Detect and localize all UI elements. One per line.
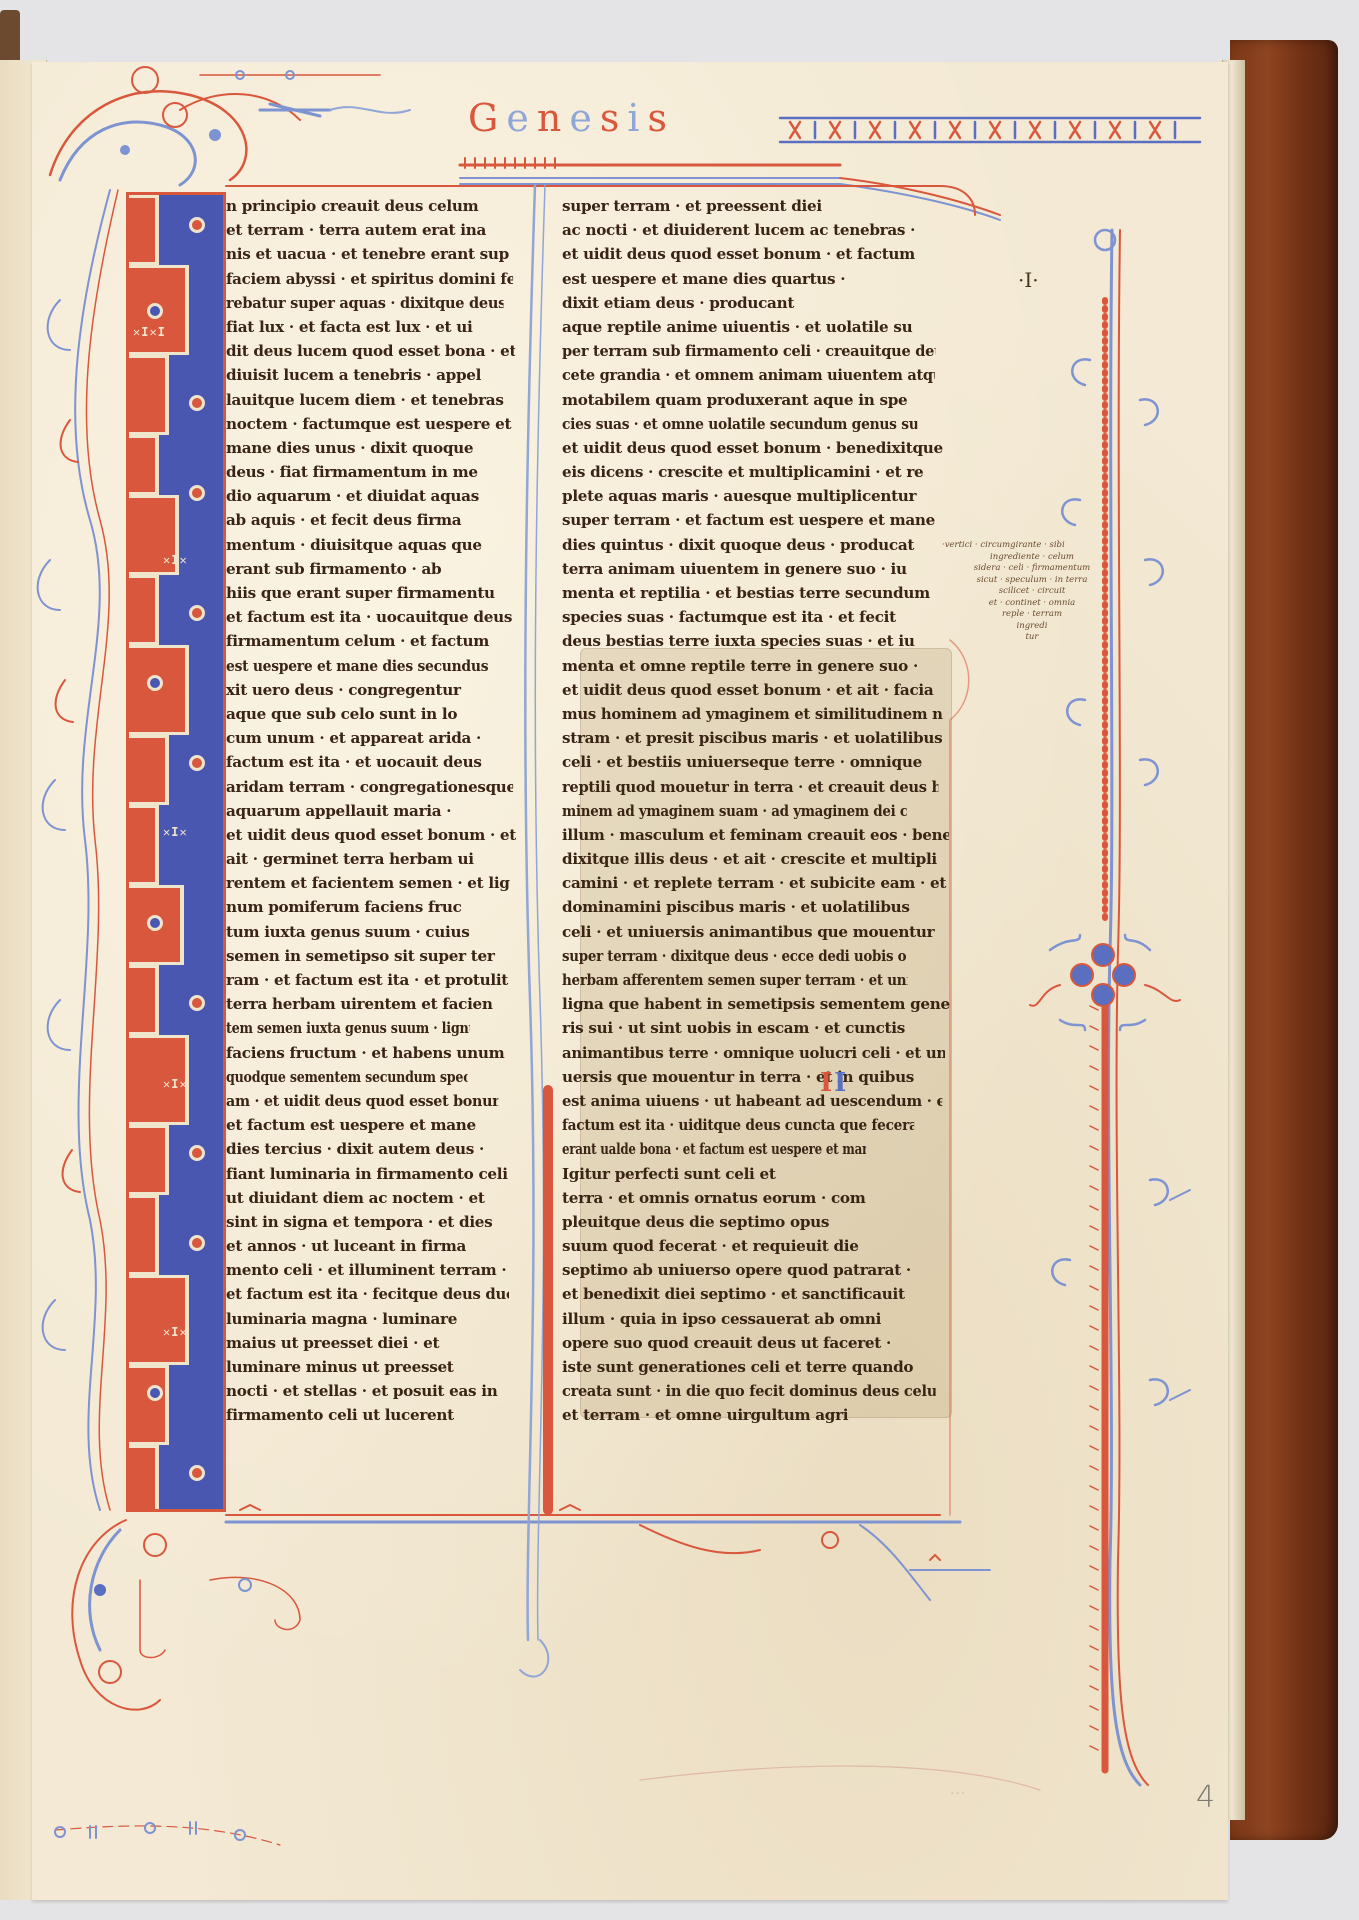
text-line: est uespere et mane dies secundus · di [226, 654, 491, 678]
initial-step [129, 435, 159, 495]
text-line: lauitque lucem diem · et tenebras [226, 388, 516, 412]
text-line: super terram · dixitque deus · ecce dedi… [562, 944, 906, 968]
text-line: dies quintus · dixit quoque deus · produ… [562, 533, 952, 557]
text-line: cies suas · et omne uolatile secundum ge… [562, 412, 917, 436]
text-line: ris sui · ut sint uobis in escam · et cu… [562, 1016, 952, 1040]
text-line: faciens fructum · et habens unum [226, 1041, 516, 1065]
text-line: tum iuxta genus suum · cuius [226, 920, 516, 944]
text-line: nocti · et stellas · et posuit eas in [226, 1379, 516, 1403]
cross-band-icon: ✕I✕ [163, 825, 188, 839]
text-line: menta et reptilia · et bestias terre sec… [562, 581, 952, 605]
text-line: uersis que mouentur in terra · et in qui… [562, 1065, 952, 1089]
text-line: xit uero deus · congregentur [226, 678, 516, 702]
text-column-right: super terram · et preessent dieiac nocti… [562, 194, 952, 1428]
gloss-line: reple · terram [952, 609, 1112, 621]
roundel-icon [189, 1465, 205, 1481]
text-line: et uidit deus quod esset bonum · et fact… [562, 242, 952, 266]
cross-band-icon: ✕I✕I [133, 325, 166, 339]
chapter-two-numeral-red: I [820, 1068, 834, 1098]
text-line: motabilem quam produxerant aque in spe [562, 388, 952, 412]
initial-step [129, 575, 159, 645]
text-line: n principio creauit deus celum [226, 194, 516, 218]
text-line: cete grandia · et omnem animam uiuentem … [562, 363, 935, 387]
text-line: septimo ab uniuerso opere quod patrarat … [562, 1258, 952, 1282]
text-line: et annos · ut luceant in firma [226, 1234, 516, 1258]
text-line: noctem · factumque est uespere et [226, 412, 516, 436]
text-line: rentem et facientem semen · et lig [226, 871, 516, 895]
initial-step [129, 965, 159, 1035]
folio-number: 4 [1196, 1780, 1215, 1815]
text-line: celi · et bestiis uniuerseque terre · om… [562, 750, 952, 774]
text-line: terra animam uiuentem in genere suo · iu [562, 557, 952, 581]
roundel-icon [189, 217, 205, 233]
chapter-two-rubric: II [820, 1068, 848, 1098]
gloss-line: ·vertici · circumgirante · sibi [942, 540, 1112, 552]
text-line: camini · et replete terram · et subicite… [562, 871, 952, 895]
text-line: et terram · terra autem erat ina [226, 218, 516, 242]
heading-letter: e [569, 96, 594, 140]
text-line: per terram sub firmamento celi · creauit… [562, 339, 936, 363]
text-line: deus bestias terre iuxta species suas · … [562, 629, 952, 653]
heading-letter: s [648, 96, 670, 140]
text-line: luminaria magna · luminare [226, 1307, 516, 1331]
text-line: ait · germinet terra herbam ui [226, 847, 516, 871]
gloss-line: et · continet · omnia [952, 598, 1112, 610]
text-line: et terram · et omne uirgultum agri [562, 1403, 952, 1427]
roundel-icon [189, 1145, 205, 1161]
initial-step [129, 1125, 169, 1195]
gloss-line: ingredi [952, 621, 1112, 633]
text-line: suum quod fecerat · et requieuit die [562, 1234, 952, 1258]
text-line: fiat lux · et facta est lux · et ui [226, 315, 516, 339]
text-line: nis et uacua · et tenebre erant sup [226, 242, 516, 266]
initial-step [129, 645, 189, 735]
text-line: iste sunt generationes celi et terre qua… [562, 1355, 952, 1379]
gloss-line: sicut · speculum · in terra [952, 575, 1112, 587]
pencil-annotation: ... [950, 1782, 966, 1798]
text-line: et factum est ita · uocauitque deus [226, 605, 516, 629]
text-line: eis dicens · crescite et multiplicamini … [562, 460, 952, 484]
text-line: minem ad ymaginem suam · ad ymaginem dei… [562, 799, 907, 823]
roundel-icon [147, 1385, 163, 1401]
text-line: Igitur perfecti sunt celi et [562, 1162, 952, 1186]
text-line: super terram · et preessent diei [562, 194, 952, 218]
roundel-icon [189, 995, 205, 1011]
heading-letter: n [537, 96, 563, 140]
text-line: est anima uiuens · ut habeant ad uescend… [562, 1089, 942, 1113]
heading-letter: i [627, 96, 641, 140]
initial-step [129, 355, 169, 435]
text-line: aque que sub celo sunt in lo [226, 702, 516, 726]
text-line: diuisit lucem a tenebris · appel [226, 363, 516, 387]
text-line: dit deus lucem quod esset bona · et [226, 339, 515, 363]
text-line: luminare minus ut preesset [226, 1355, 516, 1379]
text-line: erant ualde bona · et factum est uespere… [562, 1137, 866, 1161]
text-line: dixitque illis deus · et ait · crescite … [562, 847, 952, 871]
text-line: tem semen iuxta genus suum · lignumque [226, 1016, 470, 1040]
text-line: semen in semetipso sit super ter [226, 944, 516, 968]
text-line: super terram · et factum est uespere et … [562, 508, 952, 532]
text-line: et uidit deus quod esset bonum · benedix… [562, 436, 952, 460]
text-line: factum est ita · et uocauit deus [226, 750, 516, 774]
text-line: aridam terram · congregationesque [226, 775, 513, 799]
roundel-icon [189, 485, 205, 501]
roundel-icon [147, 915, 163, 931]
text-line: opere suo quod creauit deus ut faceret · [562, 1331, 952, 1355]
text-line: et uidit deus quod esset bonum · et [226, 823, 516, 847]
text-line: et benedixit diei septimo · et sanctific… [562, 1282, 952, 1306]
initial-step [129, 1365, 169, 1445]
text-line: maius ut preesset diei · et [226, 1331, 516, 1355]
text-line: dominamini piscibus maris · et uolatilib… [562, 895, 952, 919]
text-line: animantibus terre · omnique uolucri celi… [562, 1041, 945, 1065]
text-line: aquarum appellauit maria · [226, 799, 516, 823]
text-line: species suas · factumque est ita · et fe… [562, 605, 952, 629]
text-line: terra herbam uirentem et facien [226, 992, 516, 1016]
text-line: faciem abyssi · et spiritus domini fe [226, 267, 513, 291]
initial-step [129, 805, 159, 885]
leather-binding [1230, 40, 1338, 1840]
text-line: dio aquarum · et diuidat aquas [226, 484, 516, 508]
roundel-icon [189, 755, 205, 771]
text-line: quodque sementem secundum speciem su [226, 1065, 468, 1089]
photo-stage: ✕I✕I ✕I✕ ✕I✕ ✕I✕ ✕I✕ Genesis n principio… [0, 0, 1359, 1920]
text-line: ligna que habent in semetipsis sementem … [562, 992, 952, 1016]
text-line: ut diuidant diem ac noctem · et [226, 1186, 516, 1210]
text-line: firmamento celi ut lucerent [226, 1403, 516, 1427]
text-line: factum est ita · uiditque deus cuncta qu… [562, 1113, 914, 1137]
text-line: stram · et presit piscibus maris · et uo… [562, 726, 952, 750]
text-line: plete aquas maris · auesque multiplicent… [562, 484, 952, 508]
text-line: creata sunt · in die quo fecit dominus d… [562, 1379, 936, 1403]
text-line: mentum · diuisitque aquas que [226, 533, 516, 557]
text-line: pleuitque deus die septimo opus [562, 1210, 952, 1234]
illuminated-initial-I: ✕I✕I ✕I✕ ✕I✕ ✕I✕ ✕I✕ [126, 192, 226, 1512]
initial-step [129, 195, 159, 265]
text-line: num pomiferum faciens fruc [226, 895, 516, 919]
text-line: est uespere et mane dies quartus · [562, 267, 952, 291]
text-line: ac nocti · et diuiderent lucem ac tenebr… [562, 218, 952, 242]
text-line: aque reptile anime uiuentis · et uolatil… [562, 315, 952, 339]
text-line: erant sub firmamento · ab [226, 557, 516, 581]
text-line: reptili quod mouetur in terra · et creau… [562, 775, 938, 799]
roundel-icon [189, 605, 205, 621]
initial-step [129, 1445, 159, 1512]
text-line: rebatur super aquas · dixitque deus · [226, 291, 504, 315]
roundel-icon [147, 303, 163, 319]
text-line: et factum est uespere et mane [226, 1113, 516, 1137]
marginal-gloss: ·vertici · circumgirante · sibiingredien… [952, 540, 1112, 644]
roundel-icon [189, 395, 205, 411]
text-line: fiant luminaria in firmamento celi [226, 1162, 516, 1186]
text-line: dixit etiam deus · producant [562, 291, 952, 315]
gloss-line: tur [952, 632, 1112, 644]
initial-step [129, 1275, 189, 1365]
text-line: mento celi · et illuminent terram · [226, 1258, 516, 1282]
text-line: dies tercius · dixit autem deus · [226, 1137, 516, 1161]
text-line: herbam afferentem semen super terram · e… [562, 968, 908, 992]
text-line: am · et uidit deus quod esset bonum · [226, 1089, 498, 1113]
gloss-line: ingrediente · celum [952, 552, 1112, 564]
roundel-icon [189, 1235, 205, 1251]
cross-band-icon: ✕I✕ [163, 1325, 188, 1339]
text-line: menta et omne reptile terre in genere su… [562, 654, 952, 678]
text-line: illum · masculum et feminam creauit eos … [562, 823, 949, 847]
text-line: et factum est ita · fecitque deus duo [226, 1282, 509, 1306]
text-line: firmamentum celum · et factum [226, 629, 516, 653]
text-line: mane dies unus · dixit quoque [226, 436, 516, 460]
chapter-two-numeral-blue: I [834, 1068, 848, 1098]
roundel-icon [147, 675, 163, 691]
heading-letter: G [468, 96, 500, 140]
text-line: mus hominem ad ymaginem et similitudinem… [562, 702, 943, 726]
cross-band-icon: ✕I✕ [163, 553, 188, 567]
chapter-number-marginal: ·I· [1018, 268, 1039, 292]
text-line: sint in signa et tempora · et dies [226, 1210, 516, 1234]
text-line: ab aquis · et fecit deus firma [226, 508, 516, 532]
initial-step [129, 1195, 159, 1275]
gloss-line: sidera · celi · firmamentum [952, 563, 1112, 575]
running-heading: Genesis [468, 96, 669, 146]
text-line: illum · quia in ipso cessauerat ab omni [562, 1307, 952, 1331]
text-line: et uidit deus quod esset bonum · et ait … [562, 678, 952, 702]
cross-band-icon: ✕I✕ [163, 1077, 188, 1091]
text-line: ram · et factum est ita · et protulit [226, 968, 516, 992]
heading-letter: s [600, 96, 622, 140]
text-column-left: n principio creauit deus celumet terram … [226, 194, 516, 1428]
text-line: hiis que erant super firmamentu [226, 581, 516, 605]
text-line: cum unum · et appareat arida · [226, 726, 516, 750]
text-line: deus · fiat firmamentum in me [226, 460, 516, 484]
text-line: celi · et uniuersis animantibus que moue… [562, 920, 952, 944]
gloss-line: scilicet · circuit [952, 586, 1112, 598]
heading-letter: e [506, 96, 531, 140]
initial-step [129, 735, 169, 805]
text-line: terra · et omnis ornatus eorum · com [562, 1186, 952, 1210]
